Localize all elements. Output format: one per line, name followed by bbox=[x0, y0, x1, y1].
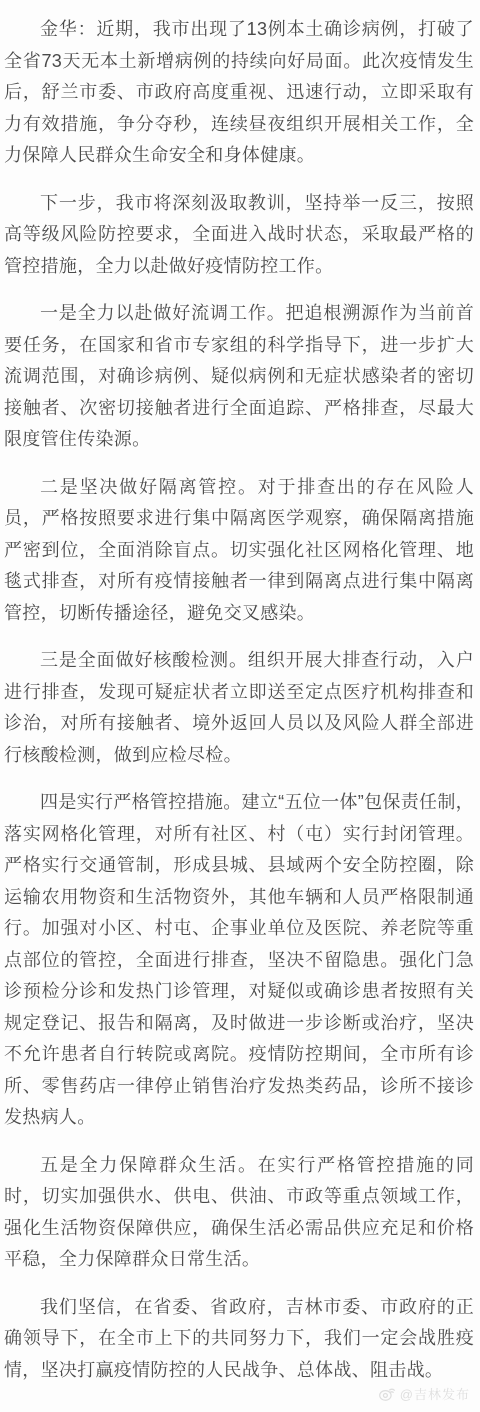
article-page: 金华：近期，我市出现了13例本土确诊病例，打破了全省73天无本土新增病例的持续向… bbox=[0, 0, 480, 1412]
watermark-text: @吉林发布 bbox=[400, 1384, 470, 1403]
article-paragraph-point-2: 二是坚决做好隔离管控。对于排查出的存在风险人员，严格按照要求进行集中隔离医学观察… bbox=[4, 472, 474, 630]
article-body: 金华：近期，我市出现了13例本土确诊病例，打破了全省73天无本土新增病例的持续向… bbox=[0, 0, 480, 1386]
weibo-logo-icon bbox=[378, 1386, 396, 1402]
article-paragraph-point-5: 五是全力保障群众生活。在实行严格管控措施的同时，切实加强供水、供电、供油、市政等… bbox=[4, 1150, 474, 1276]
article-paragraph-point-4: 四是实行严格管控措施。建立“五位一体”包保责任制，落实网格化管理，对所有社区、村… bbox=[4, 787, 474, 1134]
article-paragraph-point-3: 三是全面做好核酸检测。组织开展大排查行动，入户进行排查，发现可疑症状者立即送至定… bbox=[4, 645, 474, 771]
article-paragraph-next-steps: 下一步，我市将深刻汲取教训，坚持举一反三，按照高等级风险防控要求，全面进入战时状… bbox=[4, 188, 474, 283]
article-paragraph-point-1: 一是全力以赴做好流调工作。把追根溯源作为当前首要任务，在国家和省市专家组的科学指… bbox=[4, 298, 474, 456]
weibo-watermark: @吉林发布 bbox=[378, 1384, 470, 1403]
article-paragraph-intro: 金华：近期，我市出现了13例本土确诊病例，打破了全省73天无本土新增病例的持续向… bbox=[4, 14, 474, 172]
article-paragraph-closing: 我们坚信，在省委、省政府，吉林市委、市政府的正确领导下，在全市上下的共同努力下，… bbox=[4, 1292, 474, 1387]
